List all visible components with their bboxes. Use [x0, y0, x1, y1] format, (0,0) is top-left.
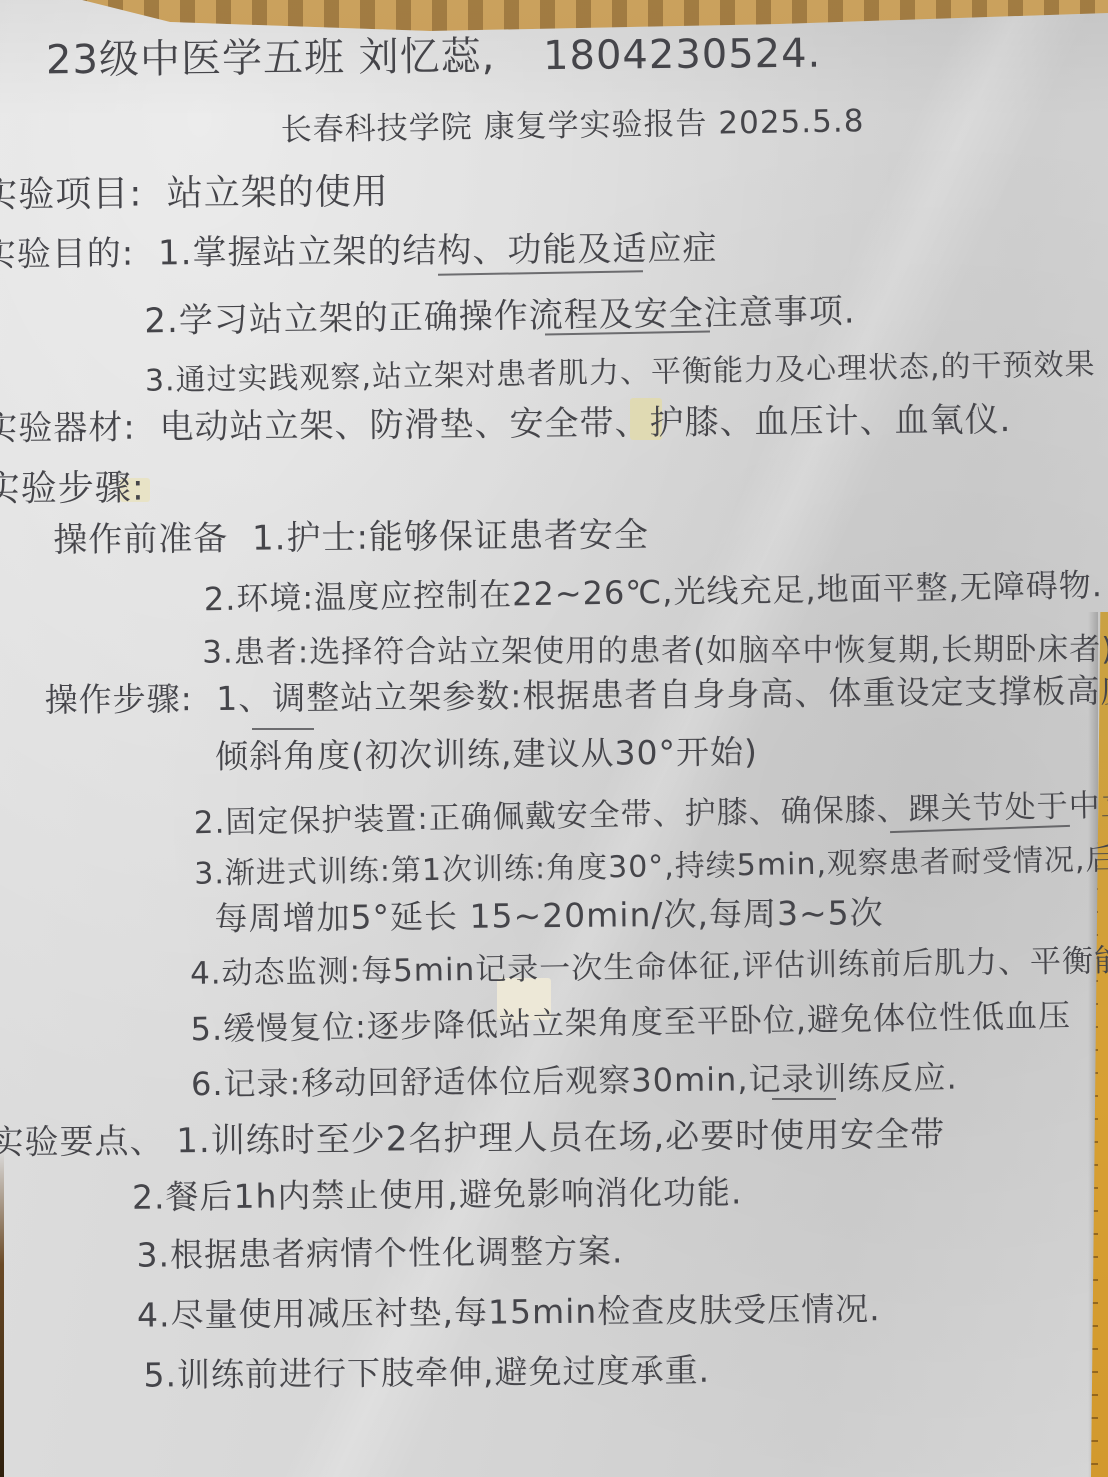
line-procedure-1b: 倾斜角度(初次训练,建议从30°开始)	[215, 726, 758, 778]
line-procedure-3b: 每周增加5°延长 15~20min/次,每周3~5次	[214, 887, 883, 940]
photo-of-handwritten-report: 23级中医学五班 刘忆蕊, 1804230524. 长春科技学院 康复学实验报告…	[0, 0, 1108, 1477]
line-prep-1: 操作前准备 1.护士:能够保证患者安全	[53, 507, 649, 561]
line-keypoints-5: 5.训练前进行下肢牵伸,避免过度承重.	[143, 1345, 710, 1397]
line-procedure-3: 3.渐进式训练:第1次训练:角度30°,持续5min,观察患者耐受情况,后续训练…	[194, 833, 1108, 893]
handwriting-layer: 23级中医学五班 刘忆蕊, 1804230524. 长春科技学院 康复学实验报告…	[0, 0, 1108, 1477]
line-purpose-3: 3.通过实践观察,站立架对患者肌力、平衡能力及心理状态,的干预效果	[144, 339, 1095, 400]
line-procedure-1: 操作步骤: 1、调整站立架参数:根据患者自身身高、体重设定支撑板高度	[44, 665, 1108, 722]
prep-item: 1.护士:能够保证患者安全	[252, 515, 649, 558]
line-keypoints-3: 3.根据患者病情个性化调整方案.	[136, 1225, 623, 1276]
line-procedure-2: 2.固定保护装置:正确佩戴安全带、护膝、确保膝、踝关节处于中立位,避免压迫神经	[193, 775, 1108, 843]
report-title: 长春科技学院 康复学实验报告 2025.5.8	[280, 95, 864, 149]
equipment-value: 电动站立架、防滑垫、安全带、护膝、血压计、血氧仪.	[159, 400, 1011, 447]
project-label: 实验项目:	[0, 174, 143, 216]
line-purpose-1: 实验目的: 1.掌握站立架的结构、功能及适应症	[0, 221, 718, 276]
purpose-label: 实验目的:	[0, 234, 134, 275]
line-experiment-project: 实验项目: 站立架的使用	[0, 163, 389, 218]
student-id: 1804230524.	[543, 31, 822, 79]
prep-label: 操作前准备	[53, 519, 228, 561]
keypoints-item: 1.训练时至少2名护理人员在场,必要时使用安全带	[176, 1115, 945, 1162]
student-class-name: 23级中医学五班 刘忆蕊,	[46, 33, 496, 83]
line-keypoints-2: 2.餐后1h内禁止使用,避免影响消化功能.	[132, 1166, 743, 1218]
equipment-label: 实验器材:	[0, 408, 136, 449]
purpose-item: 1.掌握站立架的结构、功能及适应症	[158, 229, 718, 274]
line-purpose-2: 2.学习站立架的正确操作流程及安全注意事项.	[144, 283, 856, 342]
procedure-label: 操作步骤:	[44, 679, 192, 719]
line-steps-heading: 实验步骤:	[0, 460, 145, 512]
project-value: 站立架的使用	[167, 171, 389, 214]
line-prep-2: 2.环境:温度应控制在22~26℃,光线充足,地面平整,无障碍物.	[203, 560, 1103, 620]
keypoints-label: 实验要点、	[0, 1121, 165, 1163]
line-procedure-5: 5.缓慢复位:逐步降低站立架角度至平卧位,避免体位性低血压	[190, 990, 1071, 1050]
line-prep-3: 3.患者:选择符合站立架使用的患者(如脑卒中恢复期,长期卧床者)	[202, 623, 1108, 671]
line-equipment: 实验器材: 电动站立架、防滑垫、安全带、护膝、血压计、血氧仪.	[0, 392, 1012, 450]
student-info-line: 23级中医学五班 刘忆蕊, 1804230524.	[46, 22, 822, 86]
line-procedure-4: 4.动态监测:每5min记录一次生命体征,评估训练前后肌力、平衡能力变化.	[190, 933, 1108, 993]
line-keypoints-1: 实验要点、 1.训练时至少2名护理人员在场,必要时使用安全带	[0, 1107, 945, 1164]
line-keypoints-4: 4.尽量使用减压衬垫,每15min检查皮肤受压情况.	[137, 1283, 881, 1336]
procedure-line: 1、调整站立架参数:根据患者自身身高、体重设定支撑板高度	[216, 671, 1108, 718]
line-procedure-6: 6.记录:移动回舒适体位后观察30min,记录训练反应.	[191, 1052, 958, 1105]
